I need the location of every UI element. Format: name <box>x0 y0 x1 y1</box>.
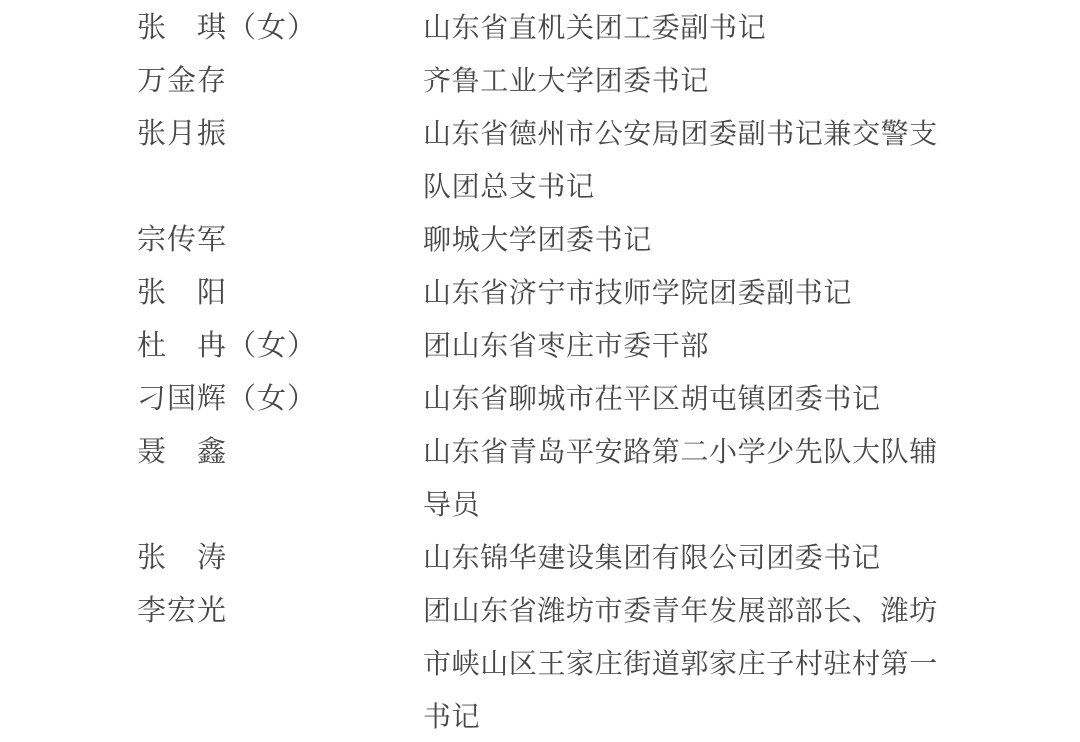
person-name: 张 琪（女） <box>137 2 423 55</box>
person-name: 张月振 <box>137 108 423 161</box>
list-item: 宗传军 聊城大学团委书记 <box>0 214 1080 267</box>
person-position: 齐鲁工业大学团委书记 <box>423 55 940 108</box>
recognition-list: 张 琪（女） 山东省直机关团工委副书记 万金存 齐鲁工业大学团委书记 张月振 山… <box>0 2 1080 742</box>
person-name: 杜 冉（女） <box>137 320 423 373</box>
person-position: 聊城大学团委书记 <box>423 214 940 267</box>
list-item: 张 阳 山东省济宁市技师学院团委副书记 <box>0 267 1080 320</box>
person-position: 山东省德州市公安局团委副书记兼交警支队团总支书记 <box>423 108 940 214</box>
person-position: 团山东省潍坊市委青年发展部部长、潍坊市峡山区王家庄街道郭家庄子村驻村第一书记 <box>423 585 940 742</box>
person-position: 山东省直机关团工委副书记 <box>423 2 940 55</box>
list-item: 张 琪（女） 山东省直机关团工委副书记 <box>0 2 1080 55</box>
person-name: 万金存 <box>137 55 423 108</box>
document-page: 张 琪（女） 山东省直机关团工委副书记 万金存 齐鲁工业大学团委书记 张月振 山… <box>0 0 1080 742</box>
person-name: 宗传军 <box>137 214 423 267</box>
person-position: 山东省青岛平安路第二小学少先队大队辅导员 <box>423 426 940 532</box>
list-item: 杜 冉（女） 团山东省枣庄市委干部 <box>0 320 1080 373</box>
list-item: 李宏光 团山东省潍坊市委青年发展部部长、潍坊市峡山区王家庄街道郭家庄子村驻村第一… <box>0 585 1080 742</box>
person-name: 聂 鑫 <box>137 426 423 479</box>
person-name: 刁国辉（女） <box>137 373 423 426</box>
person-name: 张 阳 <box>137 267 423 320</box>
list-item: 万金存 齐鲁工业大学团委书记 <box>0 55 1080 108</box>
list-item: 张月振 山东省德州市公安局团委副书记兼交警支队团总支书记 <box>0 108 1080 214</box>
person-name: 张 涛 <box>137 532 423 585</box>
person-position: 山东省济宁市技师学院团委副书记 <box>423 267 940 320</box>
person-position: 团山东省枣庄市委干部 <box>423 320 940 373</box>
list-item: 张 涛 山东锦华建设集团有限公司团委书记 <box>0 532 1080 585</box>
person-position: 山东锦华建设集团有限公司团委书记 <box>423 532 940 585</box>
person-name: 李宏光 <box>137 585 423 638</box>
person-position: 山东省聊城市茌平区胡屯镇团委书记 <box>423 373 940 426</box>
list-item: 刁国辉（女） 山东省聊城市茌平区胡屯镇团委书记 <box>0 373 1080 426</box>
list-item: 聂 鑫 山东省青岛平安路第二小学少先队大队辅导员 <box>0 426 1080 532</box>
